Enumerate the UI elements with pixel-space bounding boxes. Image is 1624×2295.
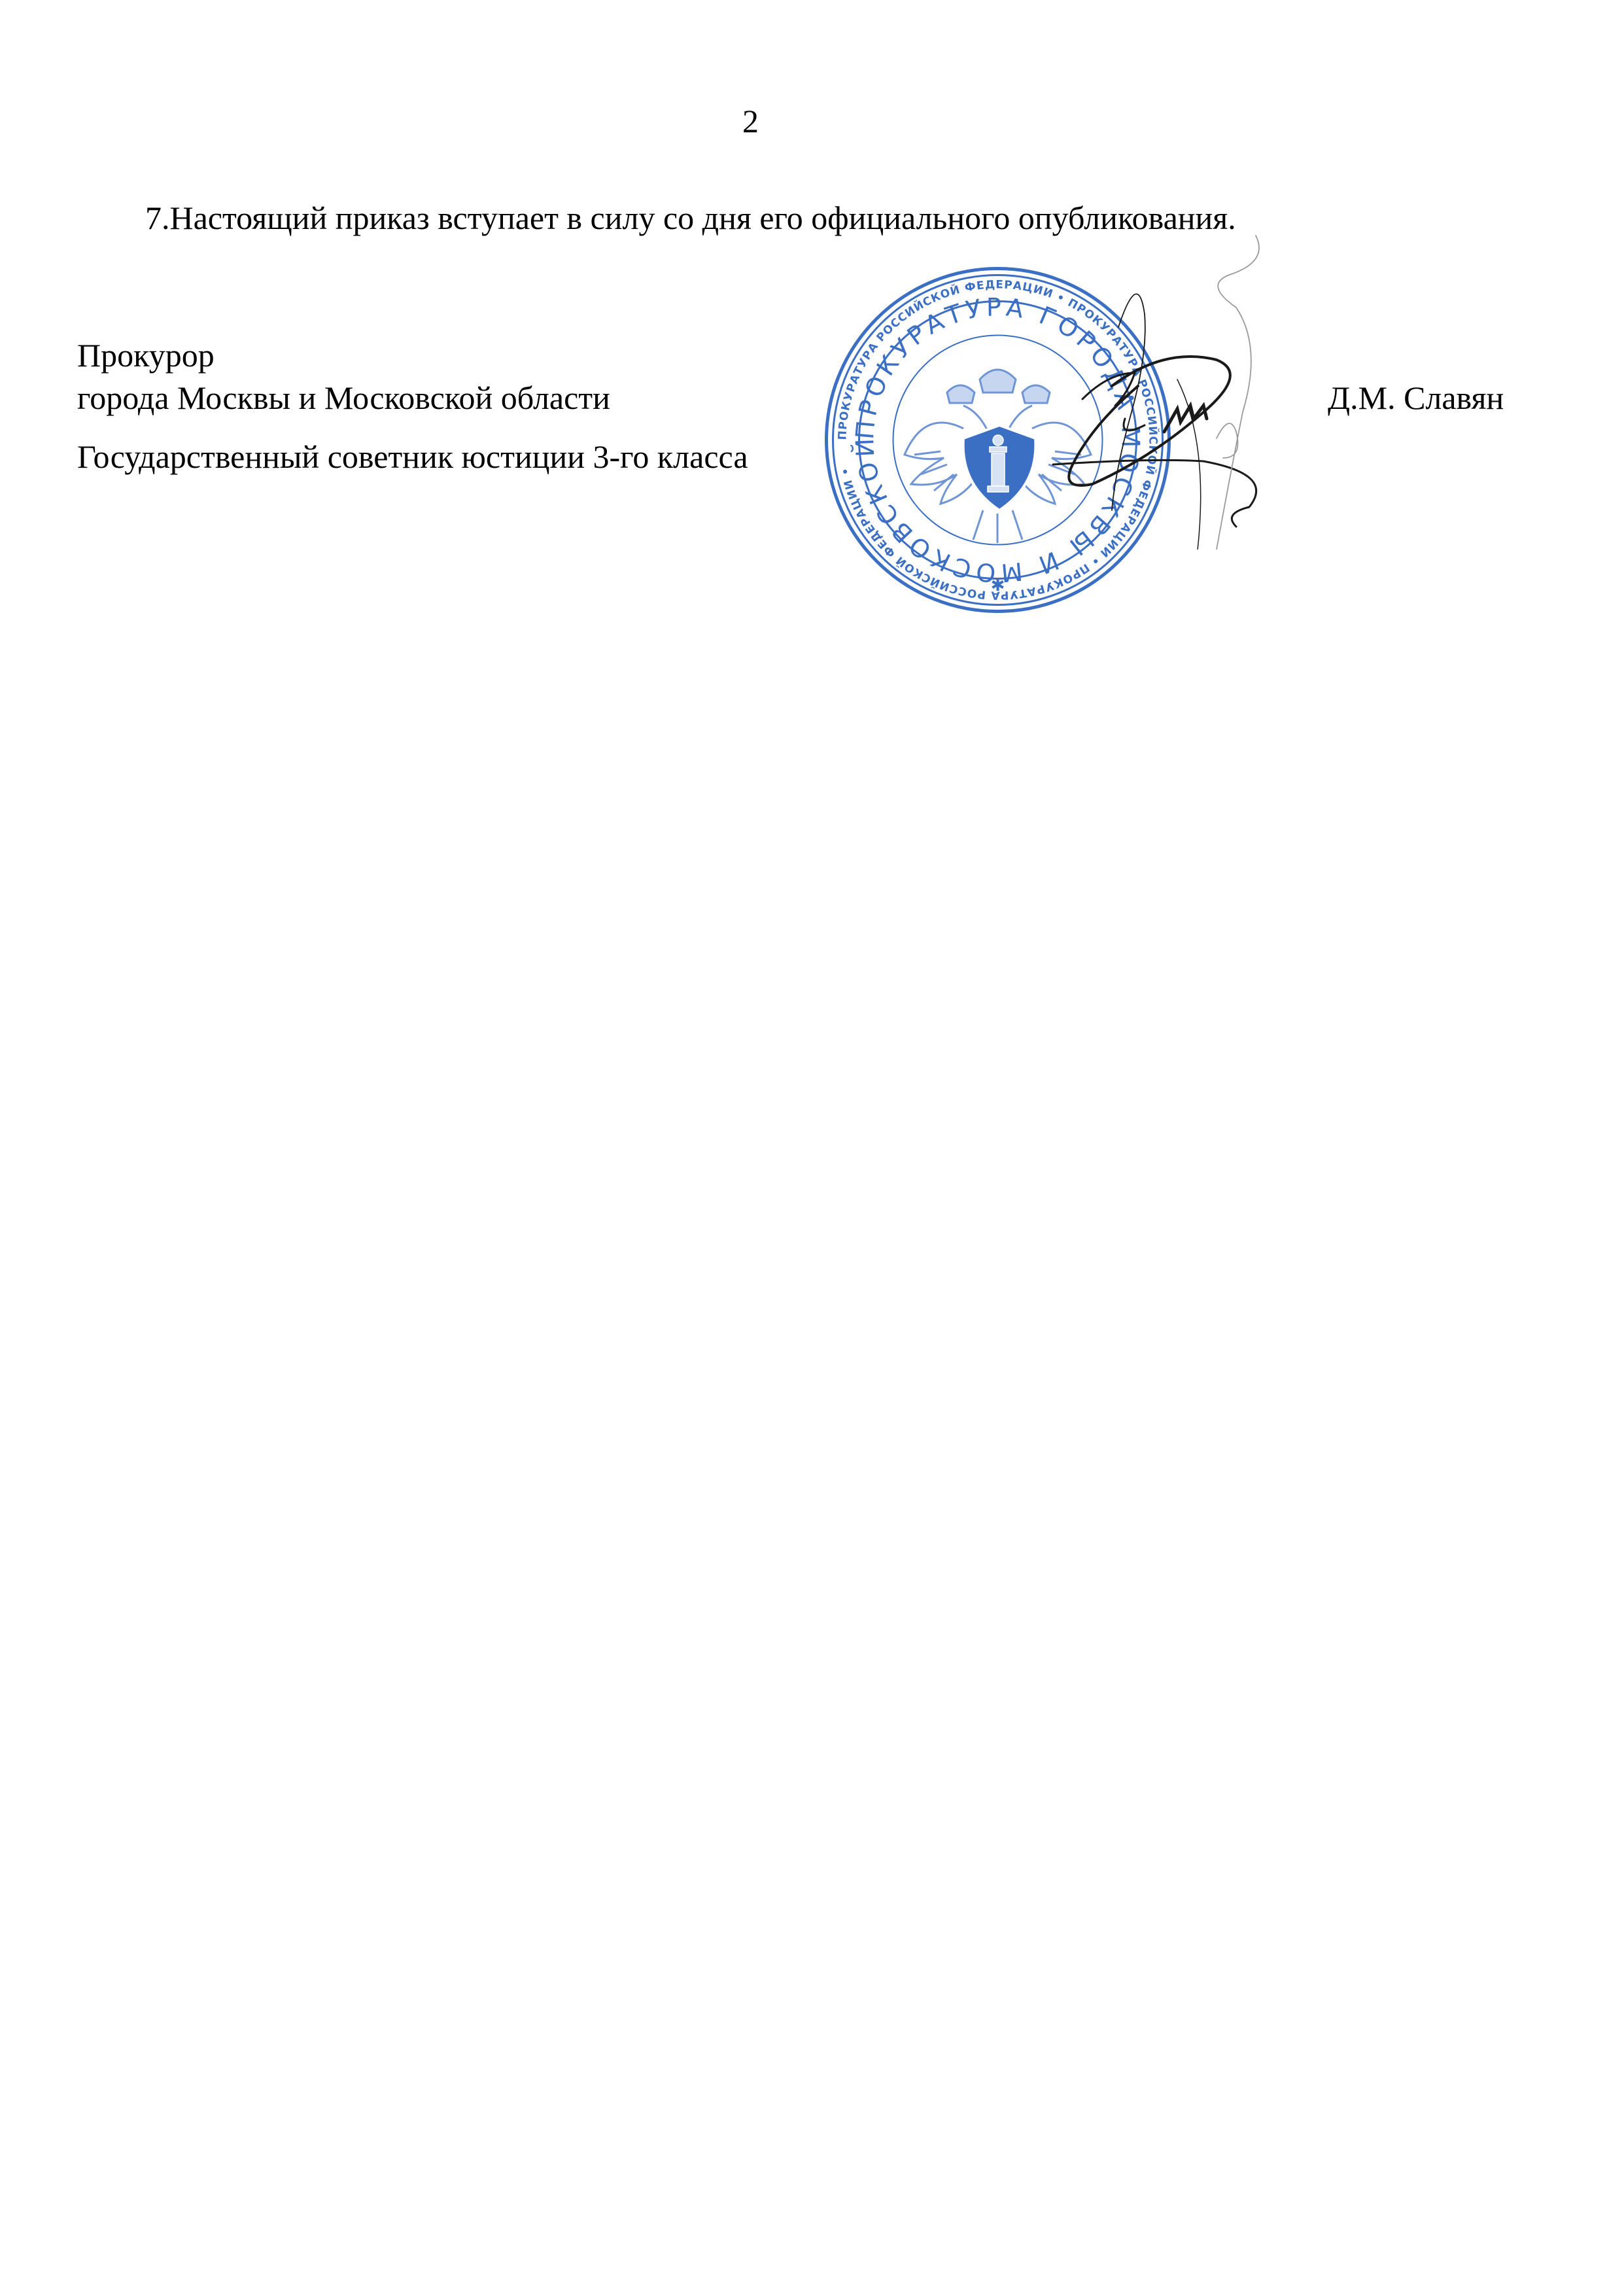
page-number: 2: [742, 105, 759, 137]
signatory-title-line-2: города Москвы и Московской области: [77, 381, 610, 414]
signatory-rank: Государственный советник юстиции 3-го кл…: [77, 440, 748, 473]
star-icon: ✱: [991, 576, 1005, 595]
document-page: 2 7.Настоящий приказ вступает в силу со …: [0, 0, 1624, 2295]
signatory-name: Д.М. Славян: [1328, 381, 1504, 414]
handwritten-signature: [1020, 222, 1295, 550]
signatory-title-line-1: Прокурор: [77, 339, 215, 372]
